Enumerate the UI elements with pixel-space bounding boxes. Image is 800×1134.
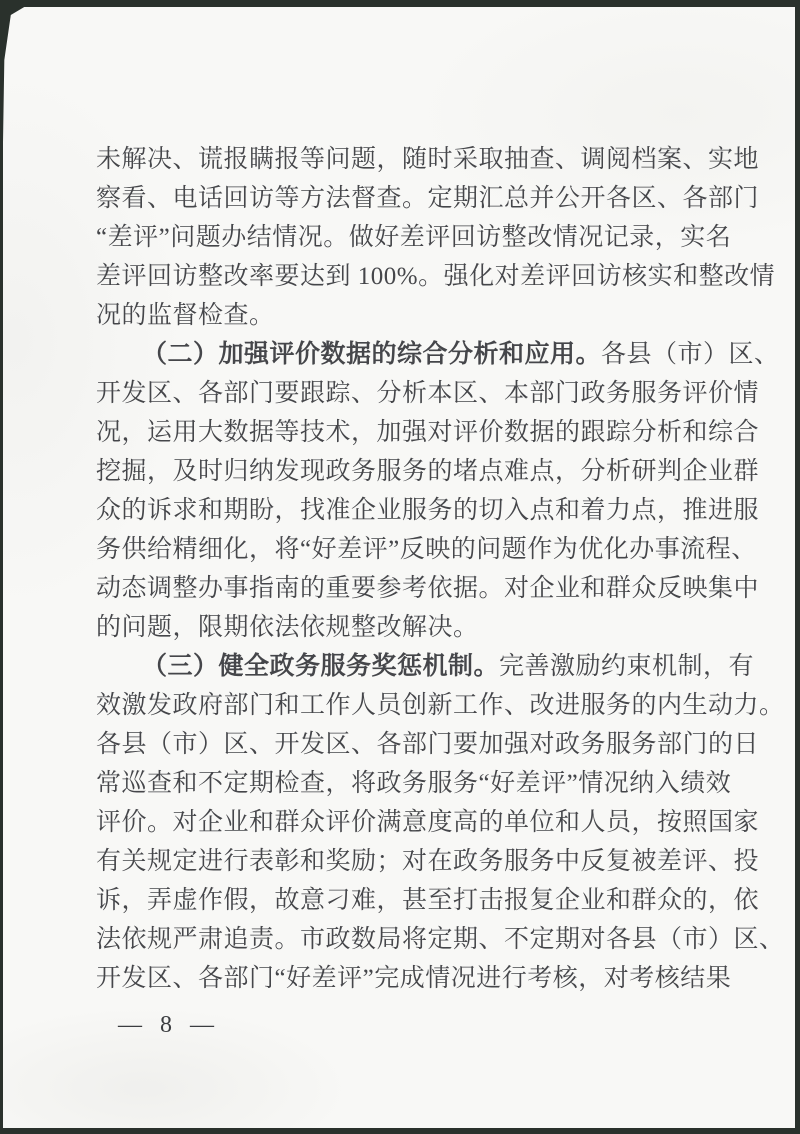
text-line: 有关规定进行表彰和奖励；对在政务服务中反复被差评、投 (96, 842, 708, 881)
text-line: （三）健全政务服务奖惩机制。完善激励约束机制，有 (96, 647, 708, 686)
text-segment: 效激发政府部门和工作人员创新工作、改进服务的内生动力。 (96, 692, 785, 719)
text-line: 开发区、各部门要跟踪、分析本区、本部门政务服务评价情 (96, 374, 708, 413)
text-segment: 动态调整办事指南的重要参考依据。对企业和群众反映集中 (96, 575, 759, 602)
text-segment: 务供给精细化，将“好差评”反映的问题作为优化办事流程、 (96, 536, 757, 563)
text-line: 未解决、谎报瞒报等问题，随时采取抽查、调阅档案、实地 (96, 140, 708, 179)
text-segment: 各县（市）区、开发区、各部门要加强对政务服务部门的日 (96, 731, 759, 758)
text-line: 动态调整办事指南的重要参考依据。对企业和群众反映集中 (96, 569, 708, 608)
scan-edge-left (0, 0, 3, 1134)
text-line: 开发区、各部门“好差评”完成情况进行考核，对考核结果 (96, 959, 708, 998)
text-line: 察看、电话回访等方法督查。定期汇总并公开各区、各部门 (96, 179, 708, 218)
text-line: 差评回访整改率要达到 100%。强化对差评回访核实和整改情 (96, 257, 708, 296)
text-segment: 完善激励约束机制，有 (499, 653, 754, 680)
text-segment: （三）健全政务服务奖惩机制。 (142, 653, 499, 680)
text-line: 常巡查和不定期检查，将政务服务“好差评”情况纳入绩效 (96, 764, 708, 803)
text-segment: 开发区、各部门“好差评”完成情况进行考核，对考核结果 (96, 965, 731, 992)
text-line: 务供给精细化，将“好差评”反映的问题作为优化办事流程、 (96, 530, 708, 569)
text-segment: 察看、电话回访等方法督查。定期汇总并公开各区、各部门 (96, 185, 759, 212)
text-line: 评价。对企业和群众评价满意度高的单位和人员，按照国家 (96, 803, 708, 842)
text-segment: 各县（市）区、 (601, 341, 780, 368)
scan-corner-wedge (0, 0, 36, 150)
text-line: 况的监督检查。 (96, 296, 708, 335)
text-segment: 况，运用大数据等技术，加强对评价数据的跟踪分析和综合 (96, 419, 759, 446)
text-segment: 况的监督检查。 (96, 302, 275, 329)
text-segment: “差评”问题办结情况。做好差评回访整改情况记录，实名 (96, 224, 731, 251)
text-line: 诉，弄虚作假，故意刁难，甚至打击报复企业和群众的，依 (96, 881, 708, 920)
text-segment: 的问题，限期依法依规整改解决。 (96, 614, 479, 641)
text-line: 法依规严肃追责。市政数局将定期、不定期对各县（市）区、 (96, 920, 708, 959)
page-number: — 8 — (118, 1012, 220, 1039)
text-segment: 常巡查和不定期检查，将政务服务“好差评”情况纳入绩效 (96, 770, 731, 797)
text-line: 的问题，限期依法依规整改解决。 (96, 608, 708, 647)
text-line: “差评”问题办结情况。做好差评回访整改情况记录，实名 (96, 218, 708, 257)
text-segment: 有关规定进行表彰和奖励；对在政务服务中反复被差评、投 (96, 848, 759, 875)
text-segment: 未解决、谎报瞒报等问题，随时采取抽查、调阅档案、实地 (96, 146, 759, 173)
text-segment: 诉，弄虚作假，故意刁难，甚至打击报复企业和群众的，依 (96, 887, 759, 914)
text-segment: 挖掘，及时归纳发现政务服务的堵点难点，分析研判企业群 (96, 458, 759, 485)
text-segment: 差评回访整改率要达到 100%。强化对差评回访核实和整改情 (96, 263, 775, 290)
scan-edge-top (0, 0, 800, 7)
text-line: （二）加强评价数据的综合分析和应用。各县（市）区、 (96, 335, 708, 374)
text-line: 挖掘，及时归纳发现政务服务的堵点难点，分析研判企业群 (96, 452, 708, 491)
text-line: 效激发政府部门和工作人员创新工作、改进服务的内生动力。 (96, 686, 708, 725)
document-lines: 未解决、谎报瞒报等问题，随时采取抽查、调阅档案、实地察看、电话回访等方法督查。定… (96, 140, 708, 998)
text-line: 况，运用大数据等技术，加强对评价数据的跟踪分析和综合 (96, 413, 708, 452)
scan-edge-bottom (0, 1128, 800, 1134)
text-line: 众的诉求和期盼，找准企业服务的切入点和着力点，推进服 (96, 491, 708, 530)
text-segment: 评价。对企业和群众评价满意度高的单位和人员，按照国家 (96, 809, 759, 836)
text-segment: （二）加强评价数据的综合分析和应用。 (142, 341, 601, 368)
scan-edge-right (795, 0, 800, 1134)
text-segment: 法依规严肃追责。市政数局将定期、不定期对各县（市）区、 (96, 926, 785, 953)
text-segment: 众的诉求和期盼，找准企业服务的切入点和着力点，推进服 (96, 497, 759, 524)
text-segment: 开发区、各部门要跟踪、分析本区、本部门政务服务评价情 (96, 380, 759, 407)
text-line: 各县（市）区、开发区、各部门要加强对政务服务部门的日 (96, 725, 708, 764)
